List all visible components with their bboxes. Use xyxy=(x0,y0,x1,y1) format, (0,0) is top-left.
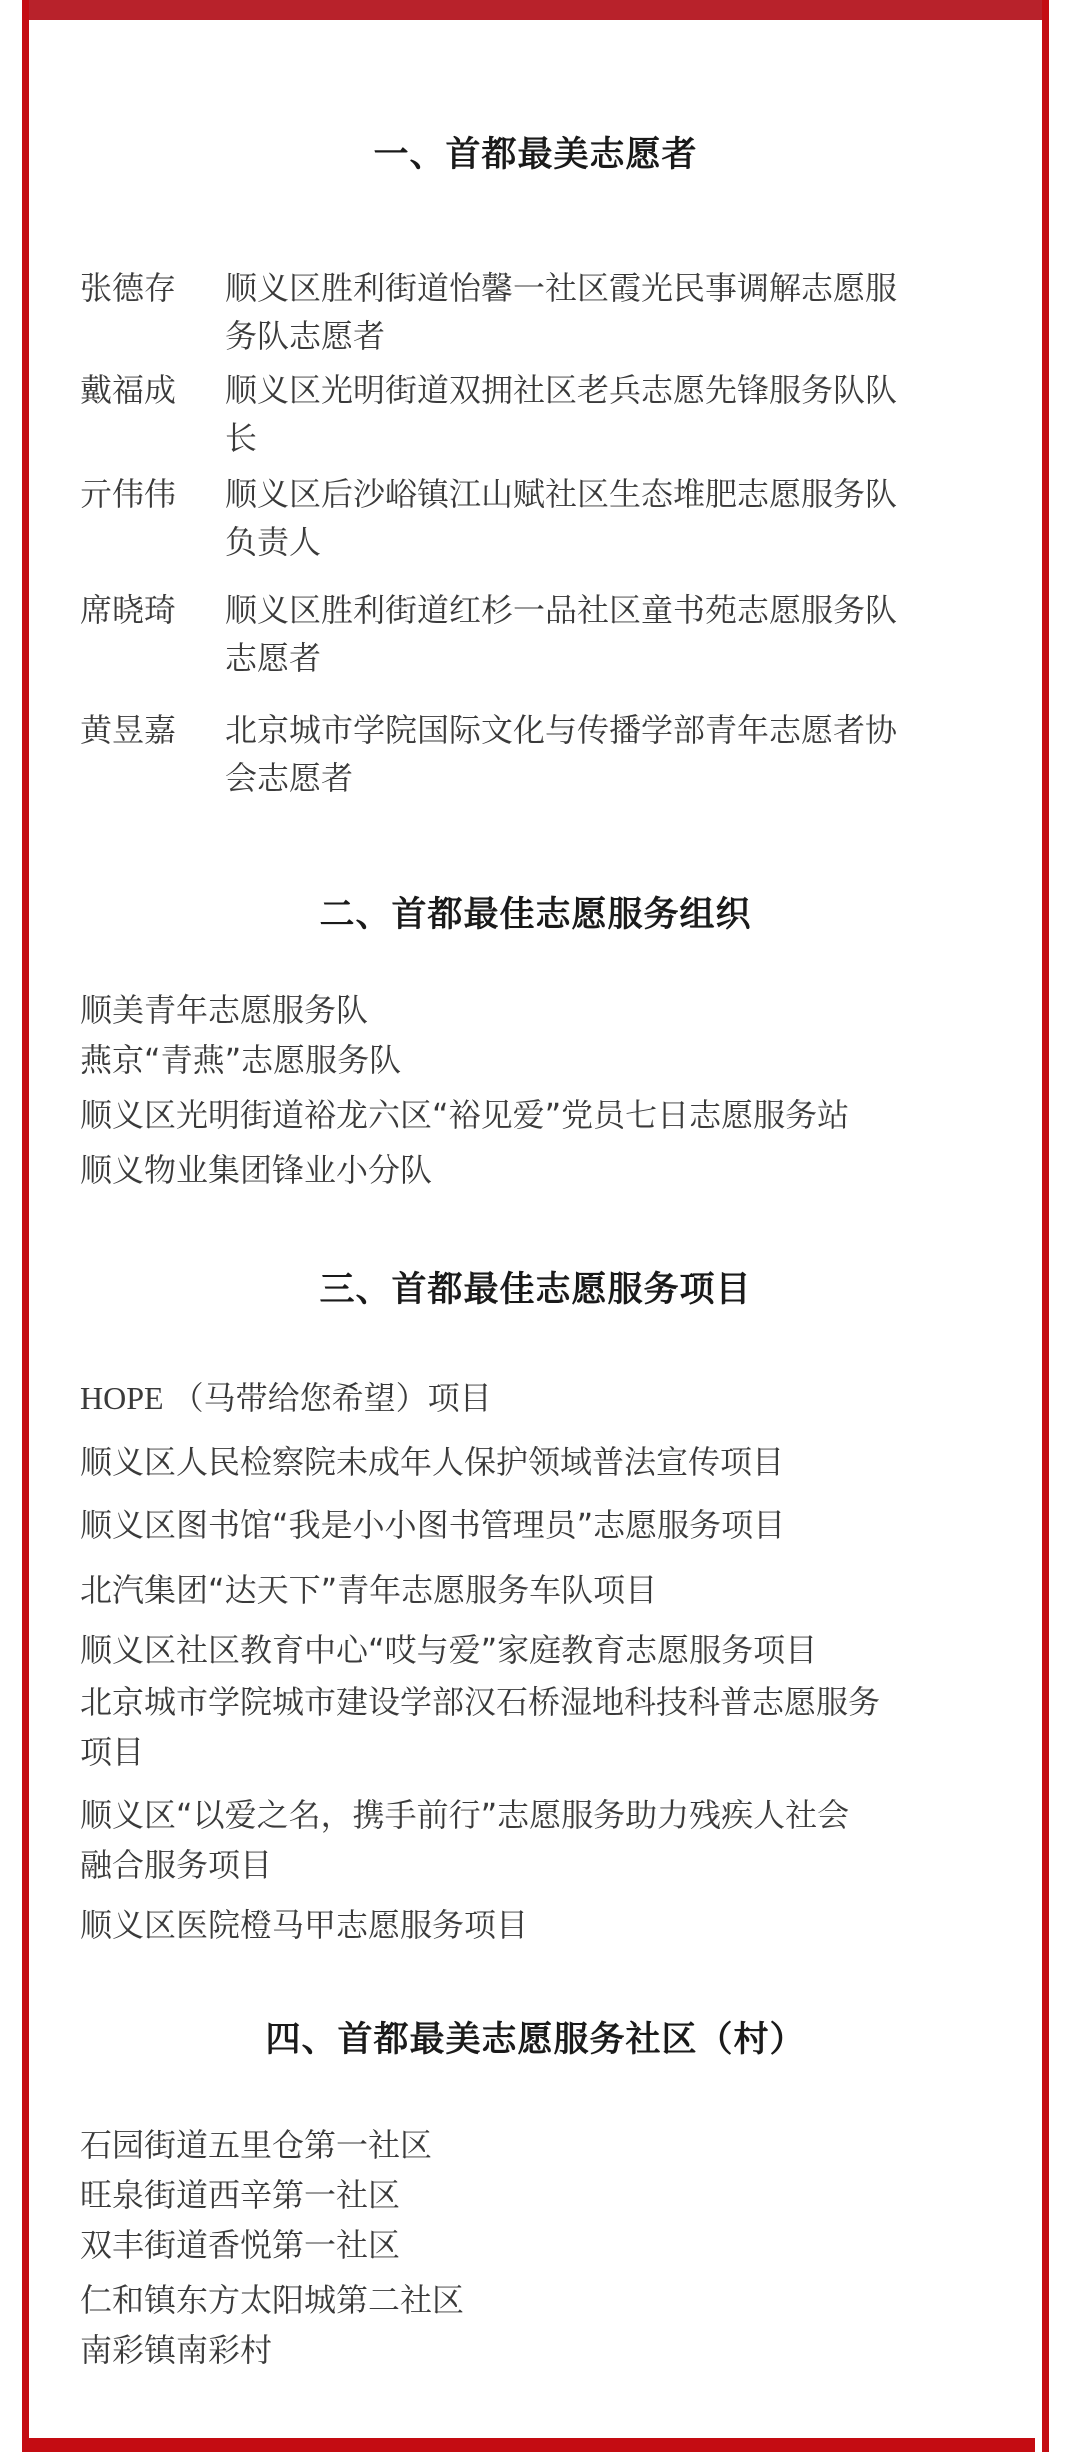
community-item: 仁和镇东方太阳城第二社区 xyxy=(80,2276,1020,2324)
organization-item: 顺义区光明街道裕龙六区“裕见爱”党员七日志愿服务站 xyxy=(80,1091,1020,1139)
desc-line: 顺义区胜利街道怡馨一社区霞光民事调解志愿服 xyxy=(225,264,1045,312)
volunteer-desc: 顺义区胜利街道红杉一品社区童书苑志愿服务队 志愿者 xyxy=(225,586,1045,682)
volunteer-name: 黄昱嘉 xyxy=(80,706,220,754)
volunteer-desc: 北京城市学院国际文化与传播学部青年志愿者协 会志愿者 xyxy=(225,706,1045,802)
desc-line: 务队志愿者 xyxy=(225,312,1045,360)
top-red-bar xyxy=(22,0,1049,20)
volunteer-name: 张德存 xyxy=(80,264,220,312)
bottom-red-bar xyxy=(22,2438,1035,2452)
project-item: 顺义区人民检察院未成年人保护领域普法宣传项目 xyxy=(80,1438,1020,1486)
project-item: 顺义区“以爱之名，携手前行”志愿服务助力残疾人社会 xyxy=(80,1791,1020,1839)
project-item: 顺义区社区教育中心“哎与爱”家庭教育志愿服务项目 xyxy=(80,1626,1020,1674)
project-item: 北汽集团“达天下”青年志愿服务车队项目 xyxy=(80,1566,1020,1614)
section-heading-volunteers: 一、首都最美志愿者 xyxy=(29,130,1042,180)
volunteer-name: 戴福成 xyxy=(80,366,220,414)
project-item: 北京城市学院城市建设学部汉石桥湿地科技科普志愿服务 xyxy=(80,1678,1020,1726)
project-item-continuation: 融合服务项目 xyxy=(80,1841,1020,1889)
desc-line: 北京城市学院国际文化与传播学部青年志愿者协 xyxy=(225,706,1045,754)
volunteer-name: 席晓琦 xyxy=(80,586,220,634)
desc-line: 顺义区后沙峪镇江山赋社区生态堆肥志愿服务队 xyxy=(225,470,1045,518)
volunteer-desc: 顺义区胜利街道怡馨一社区霞光民事调解志愿服 务队志愿者 xyxy=(225,264,1045,360)
desc-line: 长 xyxy=(225,414,1045,462)
section-heading-projects: 三、首都最佳志愿服务项目 xyxy=(29,1265,1042,1315)
organization-item: 燕京“青燕”志愿服务队 xyxy=(80,1036,1020,1084)
community-item: 石园街道五里仓第一社区 xyxy=(80,2121,1020,2169)
project-item: 顺义区医院橙马甲志愿服务项目 xyxy=(80,1901,1020,1949)
volunteer-desc: 顺义区后沙峪镇江山赋社区生态堆肥志愿服务队 负责人 xyxy=(225,470,1045,566)
desc-line: 顺义区光明街道双拥社区老兵志愿先锋服务队队 xyxy=(225,366,1045,414)
project-item: HOPE （马带给您希望）项目 xyxy=(80,1374,1020,1422)
community-item: 双丰街道香悦第一社区 xyxy=(80,2221,1020,2269)
organization-item: 顺义物业集团锋业小分队 xyxy=(80,1146,1020,1194)
organization-item: 顺美青年志愿服务队 xyxy=(80,986,1020,1034)
desc-line: 志愿者 xyxy=(225,634,1045,682)
frame-left-border xyxy=(22,0,29,2452)
desc-line: 会志愿者 xyxy=(225,754,1045,802)
section-heading-communities: 四、首都最美志愿服务社区（村） xyxy=(29,2015,1042,2065)
volunteer-desc: 顺义区光明街道双拥社区老兵志愿先锋服务队队 长 xyxy=(225,366,1045,462)
project-item-continuation: 项目 xyxy=(80,1728,1020,1776)
volunteer-name: 亓伟伟 xyxy=(80,470,220,518)
community-item: 南彩镇南彩村 xyxy=(80,2326,1020,2374)
desc-line: 负责人 xyxy=(225,518,1045,566)
community-item: 旺泉街道西辛第一社区 xyxy=(80,2171,1020,2219)
desc-line: 顺义区胜利街道红杉一品社区童书苑志愿服务队 xyxy=(225,586,1045,634)
section-heading-organizations: 二、首都最佳志愿服务组织 xyxy=(29,890,1042,940)
project-item: 顺义区图书馆“我是小小图书管理员”志愿服务项目 xyxy=(80,1501,1020,1549)
